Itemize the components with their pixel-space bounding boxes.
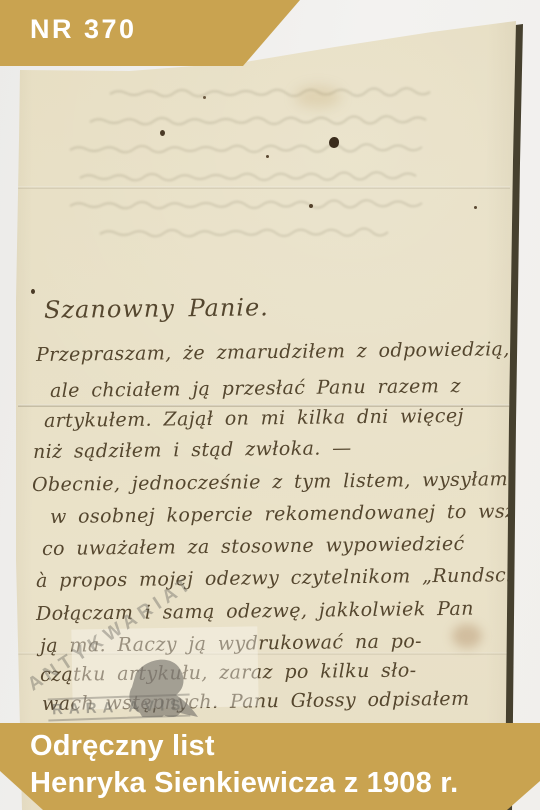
- letter-photo: Szanowny Panie. Przepraszam, że zmarudzi…: [0, 0, 540, 810]
- letter-line: artykułem. Zajął on mi kilka dni więcej: [44, 405, 464, 432]
- letter-line: niż sądziłem i stąd zwłoka. —: [33, 437, 352, 463]
- caption-banner: Odręczny list Henryka Sienkiewicza z 190…: [0, 723, 540, 810]
- lot-number-label: NR 370: [30, 14, 137, 45]
- caption-line-1: Odręczny list: [30, 728, 458, 765]
- letter-line: co uważałem za stosowne wypowiedzieć: [42, 533, 465, 560]
- letter-line: ale chciałem ją przesłać Panu razem z: [50, 375, 461, 402]
- caption-text: Odręczny list Henryka Sienkiewicza z 190…: [30, 728, 458, 802]
- lot-number-banner: NR 370: [0, 0, 300, 66]
- letter-paper: Szanowny Panie. Przepraszam, że zmarudzi…: [0, 0, 540, 810]
- letter-line: Obecnie, jednocześnie z tym listem, wysy…: [32, 468, 508, 496]
- letter-line: Szanowny Panie.: [44, 293, 269, 324]
- letter-line: à propos mojej odezwy czytelnikom „Runds…: [36, 564, 540, 592]
- letter-line: Dołączam i samą odezwę, jakkolwiek Pan: [36, 598, 474, 625]
- letter-line: w osobnej kopercie rekomendowanej to wsz…: [50, 500, 540, 528]
- letter-line: Przepraszam, że zmarudziłem z odpowiedzi…: [36, 338, 510, 366]
- caption-line-2: Henryka Sienkiewicza z 1908 r.: [30, 765, 458, 802]
